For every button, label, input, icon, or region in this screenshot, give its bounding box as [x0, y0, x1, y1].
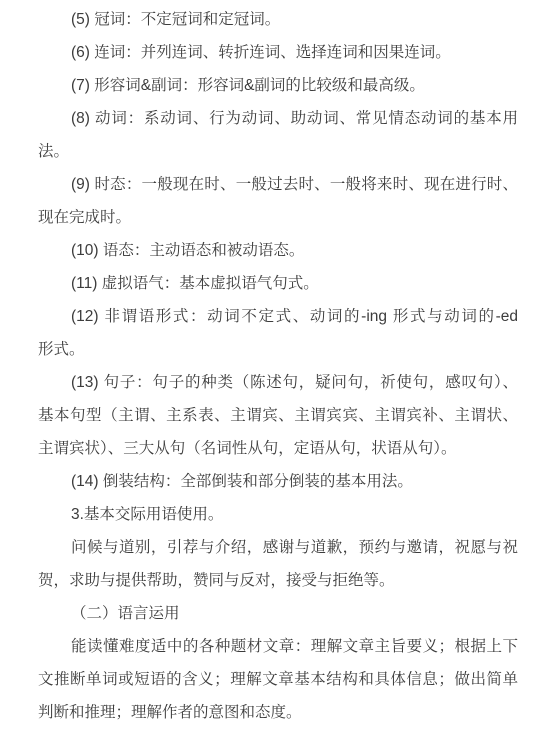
paragraph: 3.基本交际用语使用。: [38, 498, 518, 531]
text-line: (8) 动词：系动词、行为动词、助动词、常见情态动词的基本用: [38, 102, 518, 135]
paragraph: (7) 形容词&副词：形容词&副词的比较级和最高级。: [38, 69, 518, 102]
text-line: (6) 连词：并列连词、转折连词、选择连词和因果连词。: [38, 36, 518, 69]
paragraph: （二）语言运用: [38, 597, 518, 630]
text-line: 基本句型（主谓、主系表、主谓宾、主谓宾宾、主谓宾补、主谓状、: [38, 399, 518, 432]
text-line: 形式。: [38, 333, 518, 366]
paragraph: (14) 倒装结构：全部倒装和部分倒装的基本用法。: [38, 465, 518, 498]
text-line: 能读懂难度适中的各种题材文章：理解文章主旨要义；根据上下: [38, 630, 518, 663]
paragraph: (11) 虚拟语气：基本虚拟语气句式。: [38, 267, 518, 300]
text-line: 主谓宾状）、三大从句（名词性从句，定语从句，状语从句）。: [38, 432, 518, 465]
paragraph: 能读懂难度适中的各种题材文章：理解文章主旨要义；根据上下文推断单词或短语的含义；…: [38, 630, 518, 729]
text-line: (7) 形容词&副词：形容词&副词的比较级和最高级。: [38, 69, 518, 102]
paragraph: (10) 语态：主动语态和被动语态。: [38, 234, 518, 267]
text-line: 3.基本交际用语使用。: [38, 498, 518, 531]
document-page: (5) 冠词：不定冠词和定冠词。(6) 连词：并列连词、转折连词、选择连词和因果…: [0, 0, 547, 748]
text-line: 法。: [38, 135, 518, 168]
text-line: (14) 倒装结构：全部倒装和部分倒装的基本用法。: [38, 465, 518, 498]
paragraph: (6) 连词：并列连词、转折连词、选择连词和因果连词。: [38, 36, 518, 69]
text-line: (13) 句子：句子的种类（陈述句，疑问句，祈使句，感叹句）、: [38, 366, 518, 399]
paragraph: (9) 时态：一般现在时、一般过去时、一般将来时、现在进行时、现在完成时。: [38, 168, 518, 234]
text-line: (9) 时态：一般现在时、一般过去时、一般将来时、现在进行时、: [38, 168, 518, 201]
text-line: (12) 非谓语形式：动词不定式、动词的-ing 形式与动词的-ed: [38, 300, 518, 333]
text-line: 文推断单词或短语的含义；理解文章基本结构和具体信息；做出简单: [38, 663, 518, 696]
text-line: 现在完成时。: [38, 201, 518, 234]
text-line: 贺，求助与提供帮助，赞同与反对，接受与拒绝等。: [38, 564, 518, 597]
paragraph: (8) 动词：系动词、行为动词、助动词、常见情态动词的基本用法。: [38, 102, 518, 168]
paragraph: (12) 非谓语形式：动词不定式、动词的-ing 形式与动词的-ed形式。: [38, 300, 518, 366]
paragraph: (5) 冠词：不定冠词和定冠词。: [38, 3, 518, 36]
text-line: 判断和推理；理解作者的意图和态度。: [38, 696, 518, 729]
text-line: (10) 语态：主动语态和被动语态。: [38, 234, 518, 267]
text-line: (5) 冠词：不定冠词和定冠词。: [38, 3, 518, 36]
text-line: (11) 虚拟语气：基本虚拟语气句式。: [38, 267, 518, 300]
paragraph: 问候与道别，引荐与介绍，感谢与道歉，预约与邀请，祝愿与祝贺，求助与提供帮助，赞同…: [38, 531, 518, 597]
text-line: （二）语言运用: [38, 597, 518, 630]
paragraph: (13) 句子：句子的种类（陈述句，疑问句，祈使句，感叹句）、基本句型（主谓、主…: [38, 366, 518, 465]
text-line: 问候与道别，引荐与介绍，感谢与道歉，预约与邀请，祝愿与祝: [38, 531, 518, 564]
